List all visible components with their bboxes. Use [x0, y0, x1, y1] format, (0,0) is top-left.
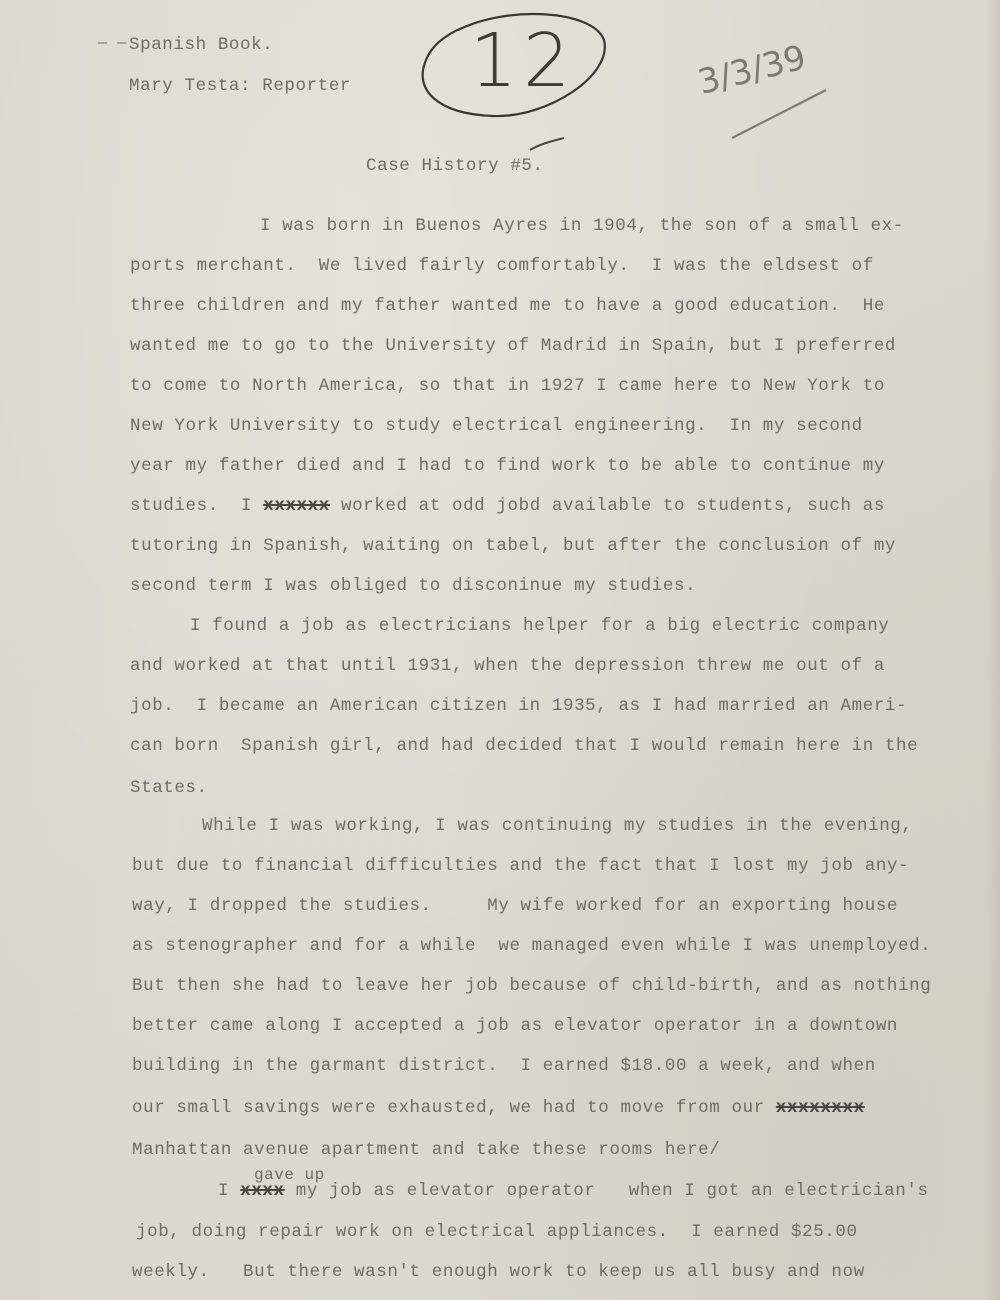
p3-line-1: While I was working, I was continuing my… [202, 818, 913, 836]
p3-line-7: building in the garmant district. I earn… [132, 1058, 876, 1076]
p4-line-1: I xxxx my job as elevator operator when … [218, 1183, 929, 1201]
p2-line-4: can born Spanish girl, and had decided t… [130, 738, 918, 756]
p2-line-2: and worked at that until 1931, when the … [130, 658, 885, 676]
p3-line-6: better came along I accepted a job as el… [132, 1018, 898, 1036]
case-number-correction-mark-icon [528, 136, 568, 156]
p3-line-4: as stenographer and for a while we manag… [132, 938, 931, 956]
p1-line-4: wanted me to go to the University of Mad… [130, 338, 896, 356]
p4-line-2: job, doing repair work on electrical app… [136, 1224, 858, 1242]
p3-line-9: Manhattan avenue apartment and take thes… [132, 1142, 720, 1160]
p1-line-8: studies. I xxxxxx worked at odd jobd ava… [130, 498, 885, 516]
p1-line-1: I was born in Buenos Ayres in 1904, the … [260, 218, 904, 236]
p1-line-8-start: studies. I [130, 496, 263, 516]
p3-line-8: our small savings were exhausted, we had… [132, 1100, 865, 1118]
date-underline-icon [730, 86, 830, 141]
reporter-line: Mary Testa: Reporter [129, 78, 351, 96]
book-title: Spanish Book. [129, 37, 273, 55]
p2-line-5: States. [130, 780, 208, 798]
p1-line-9: tutoring in Spanish, waiting on tabel, b… [130, 538, 896, 556]
p3-line-2: but due to financial difficulties and th… [132, 858, 909, 876]
page-number: 12 [470, 18, 576, 104]
p1-line-2: ports merchant. We lived fairly comforta… [130, 258, 874, 276]
p4-line-3: weekly. But there wasn't enough work to … [132, 1264, 865, 1282]
p1-line-5: to come to North America, so that in 192… [130, 378, 885, 396]
p4-line-1-start: I [218, 1181, 240, 1201]
p3-line-3: way, I dropped the studies. My wife work… [132, 898, 898, 916]
struck-word: xxxxxxxx [776, 1098, 865, 1118]
p1-line-7: year my father died and I had to find wo… [130, 458, 885, 476]
p1-line-6: New York University to study electrical … [130, 418, 863, 436]
p3-line-5: But then she had to leave her job becaus… [132, 978, 931, 996]
p3-line-8-text: our small savings were exhausted, we had… [132, 1098, 776, 1118]
margin-mark: — — [98, 36, 127, 51]
p1-line-8-end: worked at odd jobd available to students… [330, 496, 885, 516]
p1-line-10: second term I was obliged to disconinue … [130, 578, 696, 596]
struck-word: xxxxxx [263, 496, 330, 516]
p1-line-3: three children and my father wanted me t… [130, 298, 885, 316]
struck-word: xxxx [240, 1181, 284, 1201]
p2-line-1: I found a job as electricians helper for… [190, 618, 889, 636]
case-history-title: Case History #5. [366, 158, 544, 176]
page-edge-shadow [986, 0, 1000, 1300]
p2-line-3: job. I became an American citizen in 193… [130, 698, 907, 716]
p4-line-1-end: my job as elevator operator when I got a… [285, 1181, 929, 1201]
